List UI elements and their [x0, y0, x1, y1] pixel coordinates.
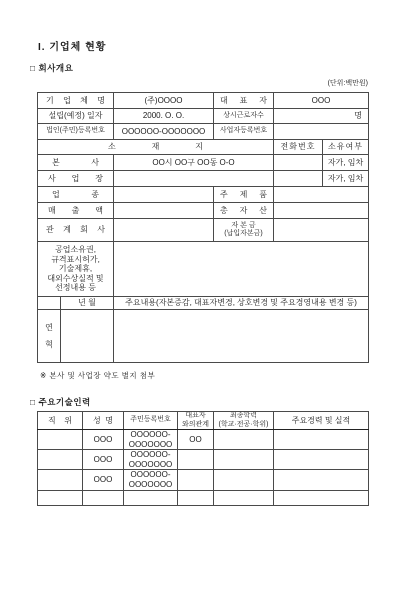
total-assets-label: 총 자 산: [214, 203, 274, 219]
workplace-phone: [274, 171, 323, 187]
position-cell: [38, 430, 83, 450]
resident-no-cell: OOOOOO- OOOOOOO: [124, 470, 178, 490]
header-career: 주요경력 및 실적: [274, 412, 369, 430]
history-label: 연 혁: [38, 310, 61, 363]
header-education: 최종학력 (학교·전공·학위): [214, 412, 274, 430]
education-cell: [214, 470, 274, 490]
name-cell: OOO: [83, 430, 124, 450]
head-office-ownership: 자가, 임차: [323, 155, 369, 171]
affiliates-value: [114, 219, 214, 242]
section-title-key-personnel: □ 주요기술인력: [30, 396, 400, 408]
career-cell: [274, 430, 369, 450]
company-name-label: 기 업 체 명: [38, 93, 114, 109]
biz-reg-no-value: [274, 124, 369, 140]
career-cell: [274, 470, 369, 490]
phone-label: 전화번호: [274, 140, 323, 155]
unit-note: (단위:백만원): [0, 78, 368, 88]
sales-label: 매 출 액: [38, 203, 114, 219]
career-cell: [274, 450, 369, 470]
header-relation-to-ceo: 대표자 와의관계: [178, 412, 214, 430]
position-cell: [38, 450, 83, 470]
industry-value: [114, 187, 214, 203]
education-cell: [214, 430, 274, 450]
corp-reg-no-label: 법인(주민)등록번호: [38, 124, 114, 140]
relation-cell: [178, 450, 214, 470]
ceo-value: OOO: [274, 93, 369, 109]
personnel-row: OOO OOOOOO- OOOOOOO: [38, 470, 369, 490]
history-content-label: 주요내용(자본증감, 대표자변경, 상호변경 및 주요경영내용 변경 등): [114, 297, 369, 310]
header-name: 성 명: [83, 412, 124, 430]
resident-no-cell: [124, 490, 178, 505]
personnel-row: OOO OOOOOO- OOOOOOO OO: [38, 430, 369, 450]
industry-label: 업 종: [38, 187, 114, 203]
head-office-label: 본 사: [38, 155, 114, 171]
ceo-label: 대 표 자: [214, 93, 274, 109]
ownership-label: 소유여부: [323, 140, 369, 155]
personnel-row: OOO OOOOOO- OOOOOOO: [38, 450, 369, 470]
workplace-label: 사 업 장: [38, 171, 114, 187]
header-position: 직 위: [38, 412, 83, 430]
sales-value: [114, 203, 214, 219]
personnel-row: [38, 490, 369, 505]
company-overview-table: 기 업 체 명 (주)OOOO 대 표 자 OOO 설립(예정) 일자 2000…: [37, 92, 369, 363]
name-cell: [83, 490, 124, 505]
ip-awards-label: 공업소유권, 규격표시허가, 기술제휴, 대외수상실적 및 선정내용 등: [38, 242, 114, 297]
biz-reg-no-label: 사업자등록번호: [214, 124, 274, 140]
workplace-address: [114, 171, 274, 187]
name-cell: OOO: [83, 450, 124, 470]
history-year-month-value: [61, 310, 114, 363]
section-title-company-overview: □ 회사개요: [30, 62, 400, 74]
founding-date-label: 설립(예정) 일자: [38, 109, 114, 124]
main-product-value: [274, 187, 369, 203]
relation-cell: OO: [178, 430, 214, 450]
name-cell: OOO: [83, 470, 124, 490]
founding-date-value: 2000. O. O.: [114, 109, 214, 124]
head-office-phone: [274, 155, 323, 171]
relation-cell: [178, 470, 214, 490]
education-cell: [214, 490, 274, 505]
header-resident-no: 주민등록번호: [124, 412, 178, 430]
workplace-ownership: 자가, 임차: [323, 171, 369, 187]
company-name-value: (주)OOOO: [114, 93, 214, 109]
address-label: 소 재 지: [38, 140, 274, 155]
map-attachment-footnote: ※ 본사 및 사업장 약도 별지 첨부: [40, 370, 400, 381]
head-office-address: OO시 OO구 OO동 O-O: [114, 155, 274, 171]
history-content-value: [114, 310, 369, 363]
history-year-month-label: 년 월: [61, 297, 114, 310]
career-cell: [274, 490, 369, 505]
capital-value: [274, 219, 369, 242]
capital-label: 자 본 금 (납입자본금): [214, 219, 274, 242]
page-title: I. 기업체 현황: [38, 38, 400, 53]
position-cell: [38, 490, 83, 505]
key-personnel-table: 직 위 성 명 주민등록번호 대표자 와의관계 최종학력 (학교·전공·학위) …: [37, 411, 369, 506]
affiliates-label: 관 계 회 사: [38, 219, 114, 242]
ip-awards-value: [114, 242, 369, 297]
employees-value: 명: [274, 109, 369, 124]
corp-reg-no-value: OOOOOO-OOOOOOO: [114, 124, 214, 140]
position-cell: [38, 470, 83, 490]
resident-no-cell: OOOOOO- OOOOOOO: [124, 430, 178, 450]
total-assets-value: [274, 203, 369, 219]
main-product-label: 주 제 품: [214, 187, 274, 203]
education-cell: [214, 450, 274, 470]
employees-label: 상시근로자수: [214, 109, 274, 124]
relation-cell: [178, 490, 214, 505]
resident-no-cell: OOOOOO- OOOOOOO: [124, 450, 178, 470]
history-corner-cell: [38, 297, 61, 310]
